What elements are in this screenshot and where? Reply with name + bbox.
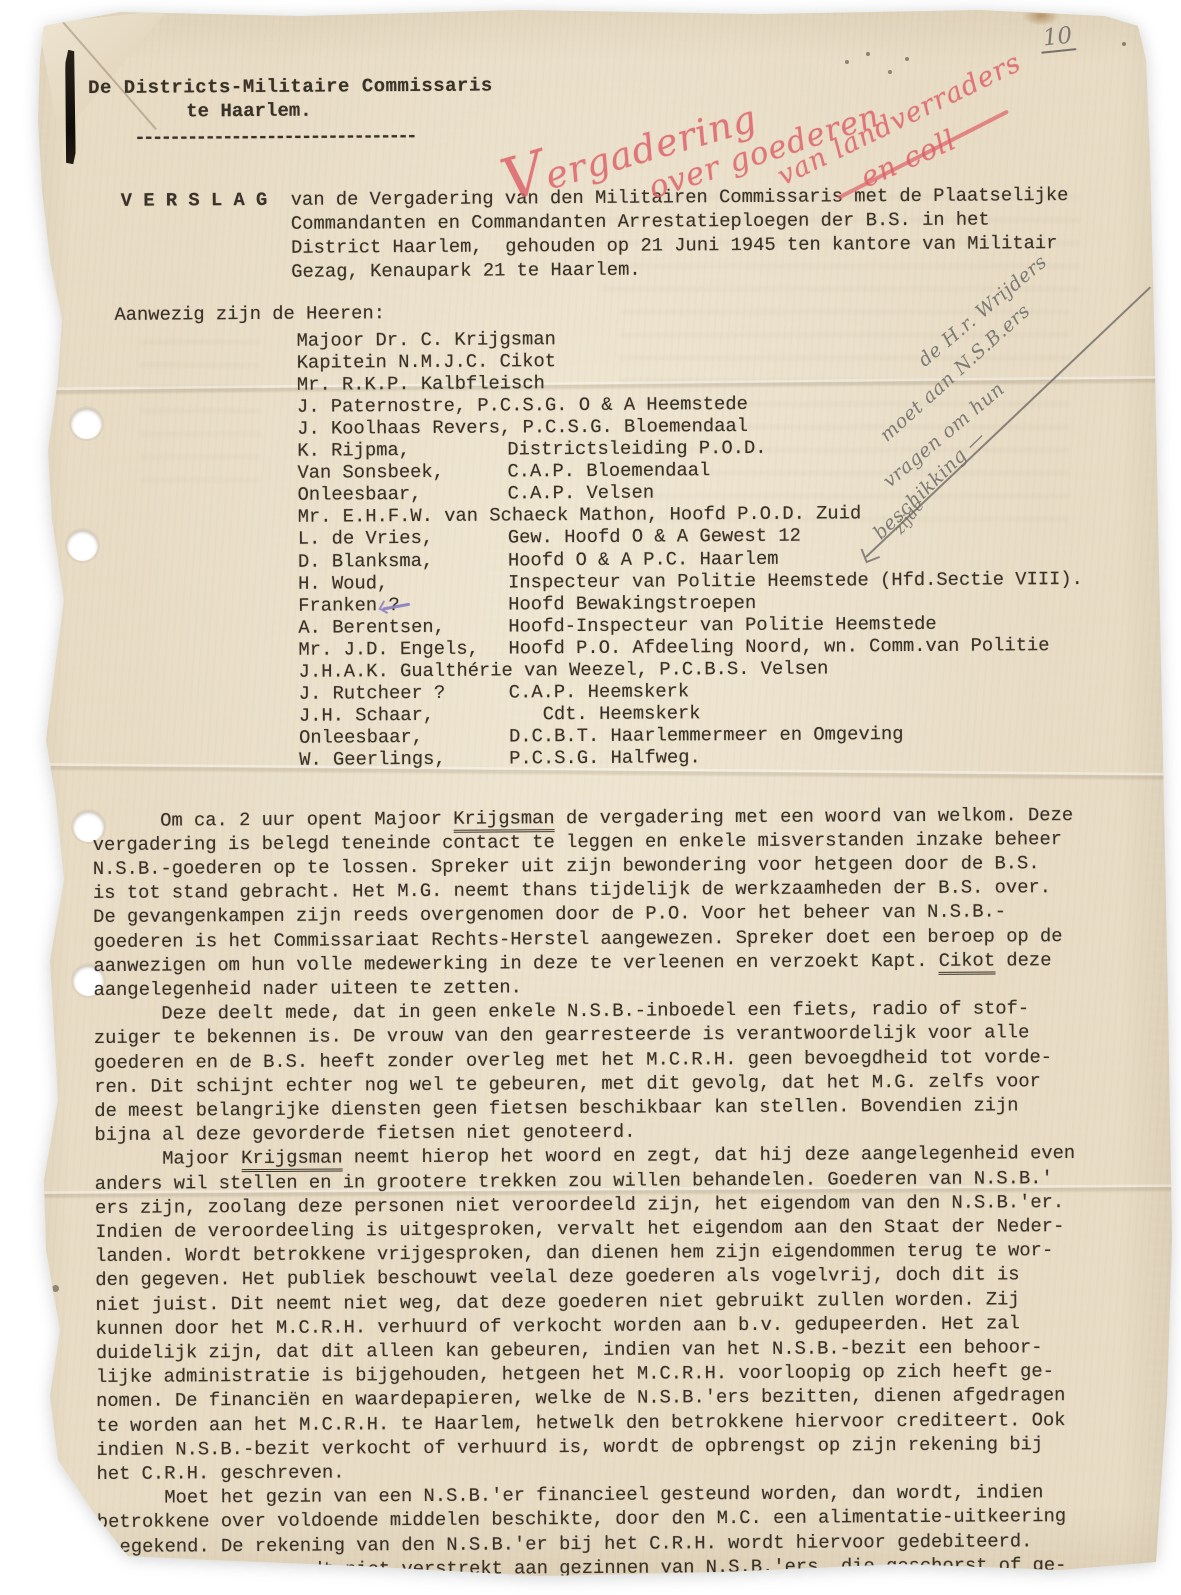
attendee-role: Hoofd Bewakingstroepen [508, 592, 756, 616]
underlined-name: Cikot [939, 949, 996, 974]
body-paragraph: Moet het gezin van een N.S.B.'er financi… [97, 1480, 1103, 1583]
scanned-document-page: De Districts-Militaire Commissaris te Ha… [0, 0, 1181, 1595]
attendee-role: Hoofd O & A P.C. Haarlem [508, 547, 779, 571]
attendee-role: C.A.P. Heemskerk [509, 680, 689, 703]
attendee-role: Hoofd-Inspecteur van Politie Heemstede [508, 613, 936, 638]
report-intro: V E R S L A G van de Vergadering van den… [89, 182, 1095, 285]
ink-speckle [866, 52, 870, 56]
stain [32, 1096, 48, 1118]
underlined-name: Krijgsman [241, 1147, 343, 1173]
attendees-heading: Aanwezig zijn de Heeren: [114, 297, 1094, 327]
attendee-role: P.C.S.G. Halfweg. [509, 747, 701, 770]
typed-line: Gezag, Kenaupark 21 te Haarlem. [291, 255, 1094, 284]
report-intro-lines: van de Vergadering van den Militairen Co… [291, 182, 1095, 284]
body-paragraph: Om ca. 2 uur opent Majoor Krijgsman de v… [92, 802, 1098, 1002]
report-body: Om ca. 2 uur opent Majoor Krijgsman de v… [92, 802, 1102, 1583]
typed-line: aanwezigen om hun volle medewerking in d… [93, 948, 1098, 978]
page-number-pencil: 10 [1039, 22, 1077, 54]
attendee-role: Hoofd P.O. Afdeeling Noord, wn. Comm.van… [508, 634, 1049, 659]
stain [52, 1285, 59, 1292]
body-paragraph: Deze deelt mede, dat in geen enkele N.S.… [94, 996, 1100, 1147]
body-paragraph: Majoor Krijgsman neemt hierop het woord … [95, 1141, 1102, 1486]
attendee-role: Cdt. Heemskerk [509, 702, 701, 725]
ink-speckle [905, 57, 909, 61]
paper-sheet: De Districts-Militaire Commissaris te Ha… [0, 0, 1181, 1595]
ink-speckle [845, 60, 849, 64]
ink-speckle [1122, 42, 1126, 46]
attendee-role: Districtsleiding P.O.D. [507, 437, 766, 461]
attendee-role: C.A.P. Bloemendaal [507, 459, 710, 482]
underlined-name: Krijgsman [453, 807, 555, 833]
report-title: V E R S L A G [89, 187, 292, 285]
typed-line: Deze uitkeering wordt niet verstrekt aan… [97, 1553, 1102, 1583]
attendee-role: D.C.B.T. Haarlemmermeer en Omgeving [509, 723, 904, 748]
stain [1022, 6, 1060, 26]
crossed-question-mark: ? [388, 594, 399, 616]
attendee-role: C.A.P. Velsen [507, 482, 654, 505]
attendee-row: W. Geerlings,P.C.S.G. Halfweg. [92, 744, 1097, 772]
typed-content: De Districts-Militaire Commissaris te Ha… [88, 70, 1102, 1583]
attendee-role: Gew. Hoofd O & A Gewest 12 [508, 525, 801, 549]
